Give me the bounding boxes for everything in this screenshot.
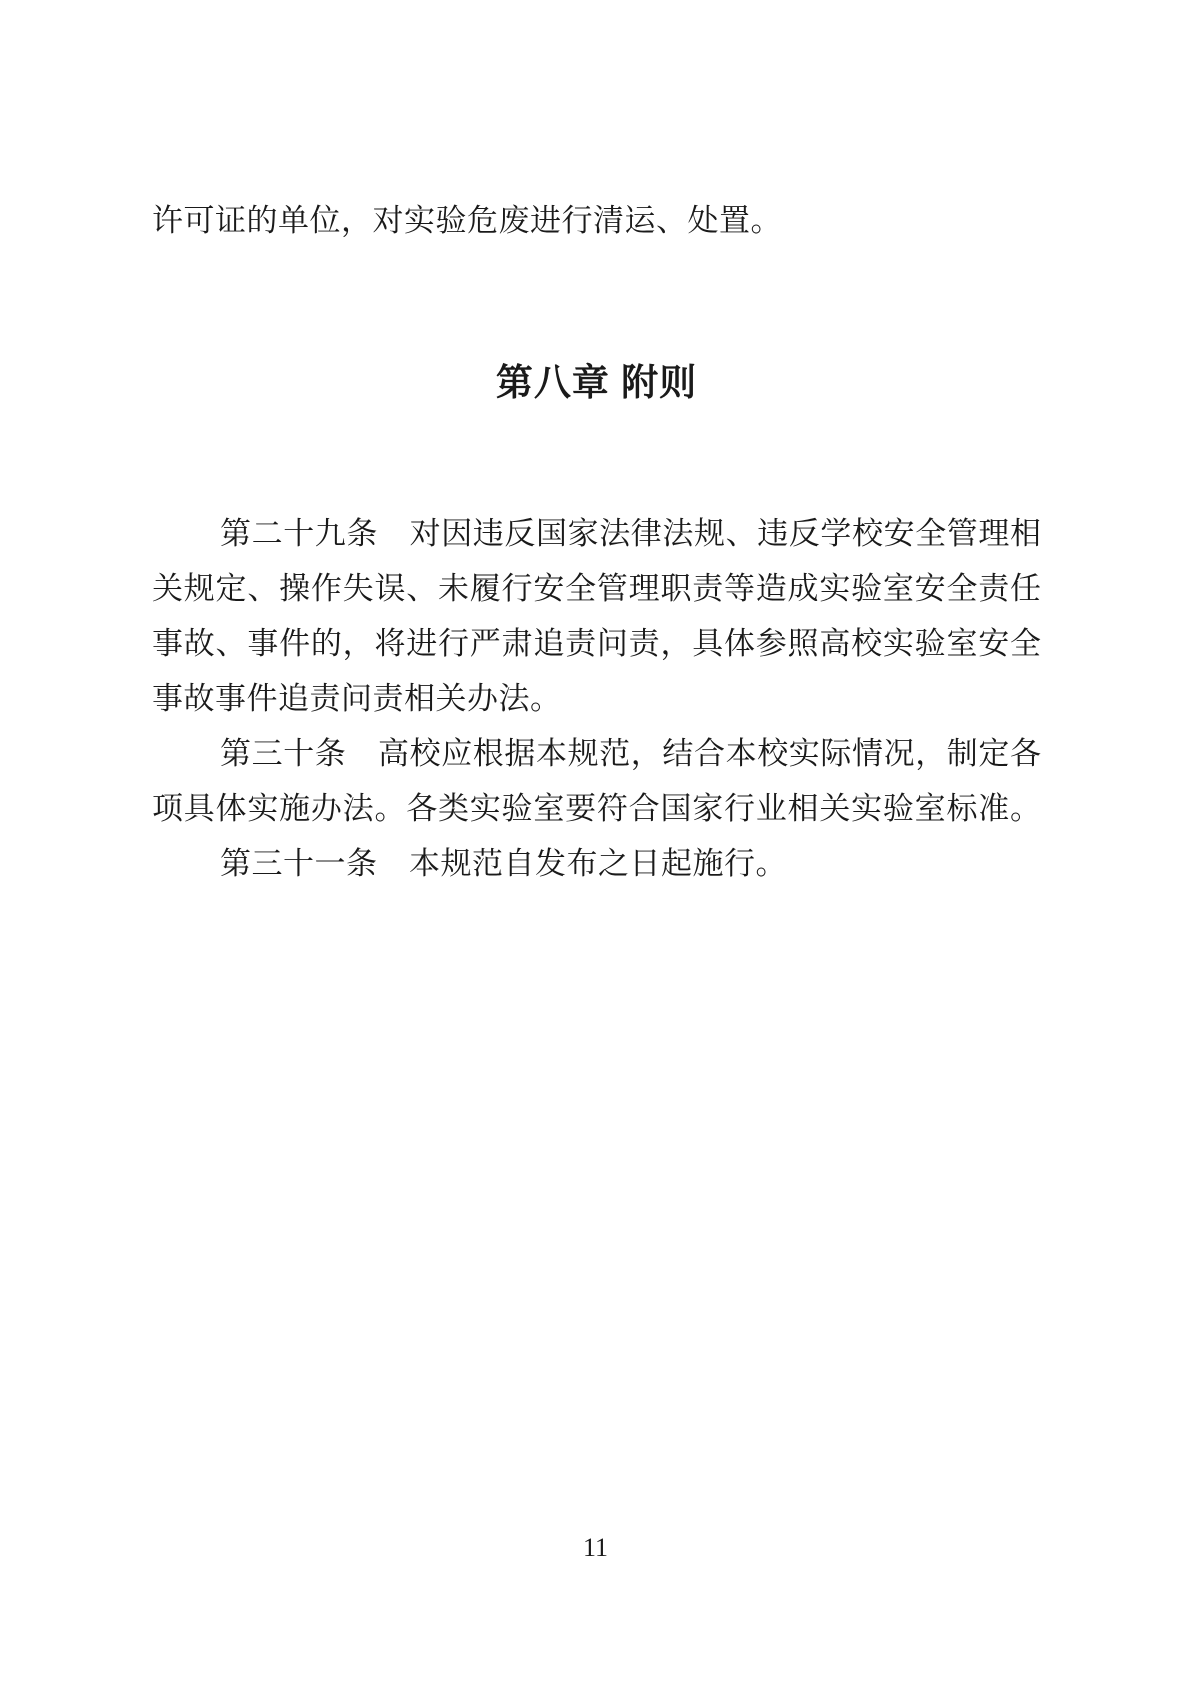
document-page: 许可证的单位，对实验危废进行清运、处置。 第八章 附则 第二十九条 对因违反国家… [0, 0, 1191, 1684]
paragraph-continuation-line: 许可证的单位，对实验危废进行清运、处置。 [152, 197, 1041, 245]
article-29-line-1: 第二十九条 对因违反国家法律法规、违反学校安全管理相 [152, 506, 1041, 561]
article-29-line-3: 事故、事件的，将进行严肃追责问责，具体参照高校实验室安全 [152, 616, 1041, 671]
page-number: 11 [0, 1530, 1191, 1566]
article-29-line-4: 事故事件追责问责相关办法。 [152, 671, 1041, 726]
article-29-line-2: 关规定、操作失误、未履行安全管理职责等造成实验室安全责任 [152, 561, 1041, 616]
article-31-line-1: 第三十一条 本规范自发布之日起施行。 [152, 836, 1041, 891]
article-30-line-1: 第三十条 高校应根据本规范，结合本校实际情况，制定各 [152, 726, 1041, 781]
chapter-heading: 第八章 附则 [152, 358, 1041, 408]
articles-section: 第二十九条 对因违反国家法律法规、违反学校安全管理相 关规定、操作失误、未履行安… [152, 506, 1041, 891]
article-30-line-2: 项具体实施办法。各类实验室要符合国家行业相关实验室标准。 [152, 781, 1041, 836]
